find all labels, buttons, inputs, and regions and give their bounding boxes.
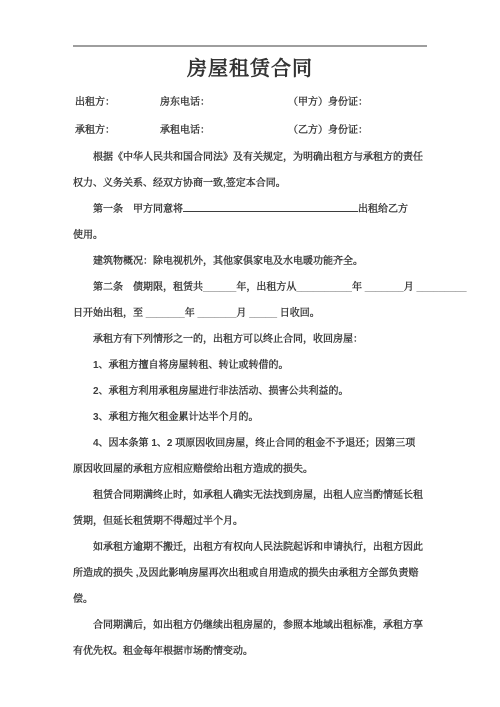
- lessee-phone-label: 承租电话：: [160, 117, 288, 145]
- extension-paragraph: 租赁合同期满终止时，如承租人确实无法找到房屋，出租人应当酌情延长租 赁期，但延长…: [73, 483, 427, 535]
- lessor-row: 出租方： 房东电话： （甲方）身份证：: [73, 89, 427, 117]
- lessee-label: 承租方：: [75, 117, 160, 145]
- fill-in-blank-premises: [183, 209, 358, 212]
- termination-item-2: 2、承租方利用承租房屋进行非法活动、损害公共利益的。: [73, 379, 427, 405]
- article-1-lead: 第一条 甲方同意将: [93, 204, 183, 215]
- lessor-label: 出租方：: [75, 89, 160, 117]
- termination-item-4: 4、因本条第 1、2 项原因收回房屋，终止合同的租金不予退还；因第三项 原因收回…: [73, 431, 427, 483]
- building-overview-paragraph: 建筑物概况：除电视机外，其他家俱家电及水电暖功能齐全。: [73, 249, 427, 275]
- intro-paragraph: 根据《中华人民共和国合同法》及有关规定，为明确出租方与承租方的责任 权力、义务关…: [73, 145, 427, 197]
- overdue-paragraph: 如承租方逾期不搬迁，出租方有权向人民法院起诉和申请执行，出租方因此 所造成的损失…: [73, 535, 427, 613]
- article-1-paragraph: 第一条 甲方同意将出租给乙方 使用。: [73, 197, 427, 249]
- header-divider: [73, 45, 427, 47]
- lessor-id-label: （甲方）身份证：: [288, 89, 427, 117]
- lessee-id-label: （乙方）身份证：: [288, 117, 427, 145]
- article-2-paragraph: 第二条 债期限，租赁共______年，出租方从__________年 _____…: [73, 275, 427, 327]
- lessee-row: 承租方： 承租电话： （乙方）身份证：: [73, 117, 427, 145]
- document-title: 房屋租赁合同: [0, 56, 500, 83]
- termination-item-1: 1、承租方擅自将房屋转租、转让或转借的。: [73, 353, 427, 379]
- lessor-phone-label: 房东电话：: [160, 89, 288, 117]
- document-body: 出租方： 房东电话： （甲方）身份证： 承租方： 承租电话： （乙方）身份证： …: [73, 89, 427, 665]
- article-1-tail: 出租给乙方: [358, 204, 408, 215]
- renewal-paragraph: 合同期满后，如出租方仍继续出租房屋的，参照本地域出租标准，承租方享 有优先权。租…: [73, 613, 427, 665]
- contract-page: 房屋租赁合同 出租方： 房东电话： （甲方）身份证： 承租方： 承租电话： （乙…: [0, 0, 500, 707]
- termination-intro-paragraph: 承租方有下列情形之一的，出租方可以终止合同，收回房屋：: [73, 327, 427, 353]
- termination-item-3: 3、承租方拖欠租金累计达半个月的。: [73, 405, 427, 431]
